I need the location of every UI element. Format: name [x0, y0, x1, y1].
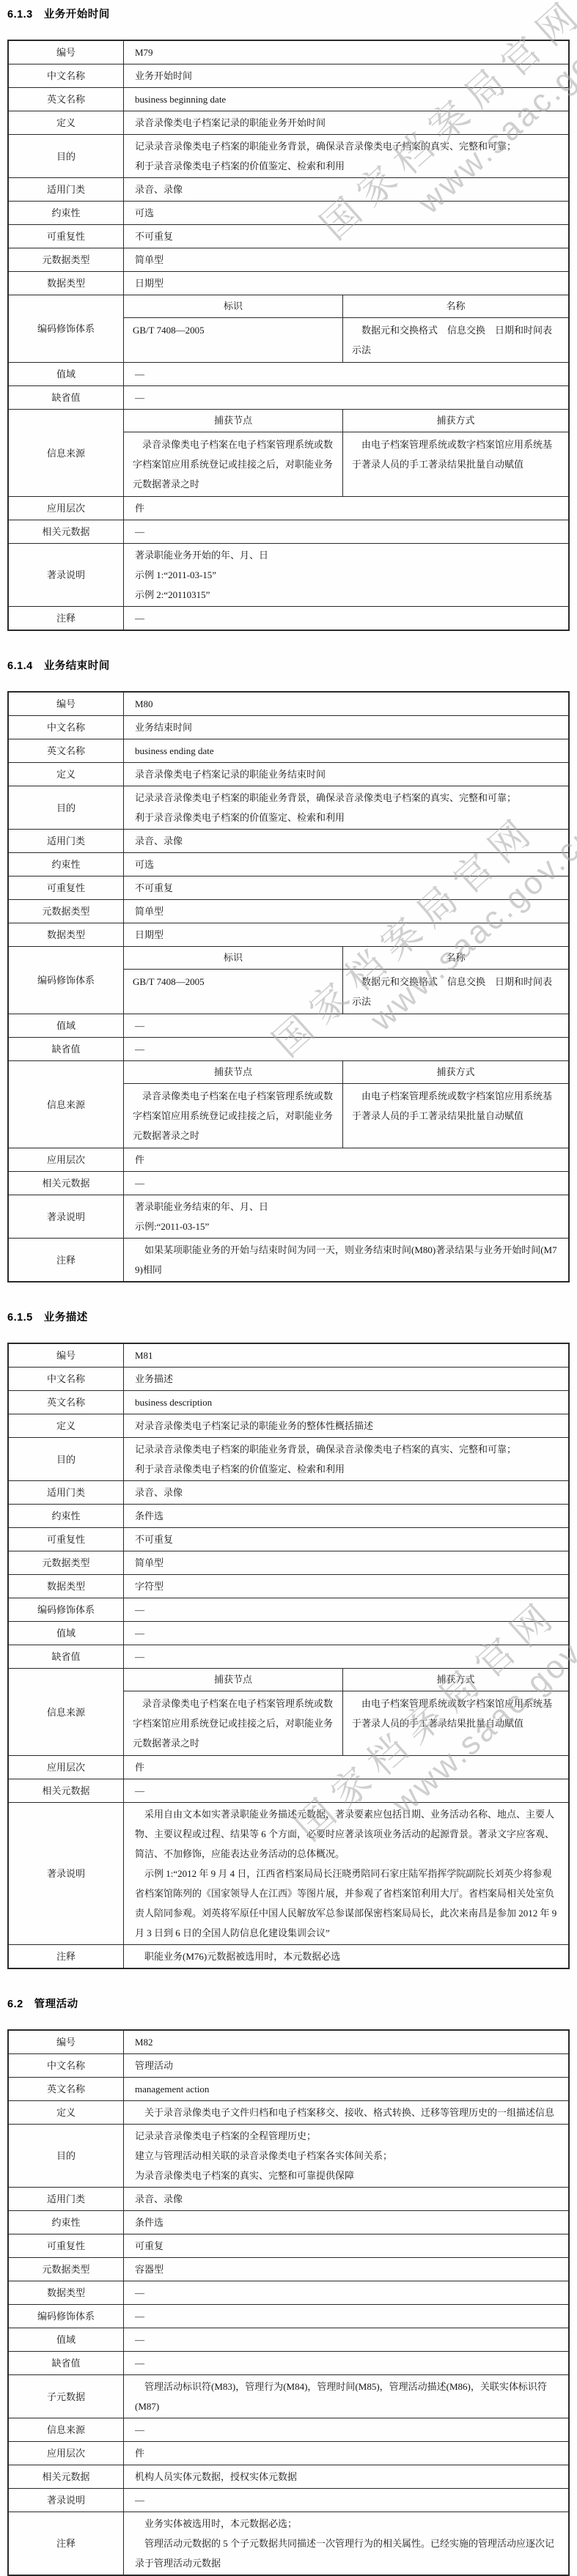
table-row: 目的记录录音录像类电子档案的职能业务背景，确保录音录像类电子档案的真实、完整和可… [8, 1438, 569, 1481]
table-row: 值域— [8, 2328, 569, 2352]
value-line: 业务开始时间 [135, 66, 558, 86]
value-line: 由电子档案管理系统或数字档案馆应用系统基于著录人员的手工著录结果批量自动赋值 [352, 435, 559, 474]
row-label: 著录说明 [8, 1195, 124, 1239]
row-label: 定义 [8, 1414, 124, 1438]
value-line: 日期型 [135, 273, 558, 293]
row-label: 著录说明 [8, 544, 124, 607]
table-row: 适用门类录音、录像 [8, 178, 569, 202]
value-line: 录音、录像 [135, 831, 558, 851]
row-value: — [124, 1172, 570, 1195]
row-value: 不可重复 [124, 1528, 570, 1551]
nested-header-cell: 捕获方式 [343, 1061, 568, 1084]
row-value: — [124, 1779, 570, 1803]
metadata-table: 编号M81中文名称业务描述英文名称business description定义对… [7, 1343, 570, 1969]
value-line: 简单型 [135, 1553, 558, 1573]
table-row: 数据类型— [8, 2281, 569, 2305]
value-line: 可选 [135, 203, 558, 223]
table-row: 编号M80 [8, 692, 569, 716]
row-value: 记录录音录像类电子档案的职能业务背景，确保录音录像类电子档案的真实、完整和可靠；… [124, 786, 570, 830]
table-row: 英文名称business description [8, 1391, 569, 1414]
table-row: 数据类型日期型 [8, 923, 569, 947]
row-value: 可选 [124, 202, 570, 225]
row-value: 录音、录像 [124, 2188, 570, 2211]
row-value: 业务结束时间 [124, 716, 570, 739]
value-line: M82 [135, 2032, 558, 2052]
row-label: 英文名称 [8, 2078, 124, 2101]
table-row: 缺省值— [8, 1038, 569, 1061]
row-label: 值域 [8, 1014, 124, 1038]
value-line: business description [135, 1392, 558, 1412]
row-label: 定义 [8, 2101, 124, 2125]
value-line: 由电子档案管理系统或数字档案馆应用系统基于著录人员的手工著录结果批量自动赋值 [352, 1694, 559, 1733]
row-value: 日期型 [124, 923, 570, 947]
row-value: — [124, 2305, 570, 2328]
row-value: 条件选 [124, 1505, 570, 1528]
section-number: 6.1.5 [7, 1312, 33, 1324]
row-label: 适用门类 [8, 830, 124, 853]
value-line: GB/T 7408—2005 [133, 972, 334, 992]
nested-body-cell: 由电子档案管理系统或数字档案馆应用系统基于著录人员的手工著录结果批量自动赋值 [343, 1084, 568, 1148]
value-line: 录音、录像 [135, 180, 558, 199]
table-row: 约束性可选 [8, 853, 569, 876]
nested-table: 标识名称GB/T 7408—2005 数据元和交换格式 信息交换 日期和时间表示… [124, 947, 568, 1014]
row-label: 英文名称 [8, 88, 124, 111]
nested-body-cell: 录音录像类电子档案在电子档案管理系统或数字档案馆应用系统登记或挂接之后，对职能业… [124, 1084, 343, 1148]
table-row: 目的记录录音录像类电子档案的职能业务背景，确保录音录像类电子档案的真实、完整和可… [8, 786, 569, 830]
row-value: — [124, 2281, 570, 2305]
row-value: — [124, 1014, 570, 1038]
row-value: — [124, 2489, 570, 2512]
value-line: — [135, 1647, 558, 1667]
value-line: 录音录像类电子档案在电子档案管理系统或数字档案馆应用系统登记或挂接之后，对职能业… [133, 1086, 334, 1145]
table-row: 中文名称业务结束时间 [8, 716, 569, 739]
table-row: 注释 如果某项职能业务的开始与结束时间为同一天，则业务结束时间(M80)著录结果… [8, 1239, 569, 1283]
table-row: 数据类型日期型 [8, 272, 569, 295]
row-value-subtable: 标识名称GB/T 7408—2005 数据元和交换格式 信息交换 日期和时间表示… [124, 947, 570, 1014]
value-line: 录音录像类电子档案记录的职能业务开始时间 [135, 113, 558, 133]
value-line: 关于录音录像类电子文件归档和电子档案移交、接收、格式转换、迁移等管理历史的一组描… [135, 2103, 558, 2122]
table-row: 适用门类录音、录像 [8, 1481, 569, 1505]
row-label: 相关元数据 [8, 520, 124, 544]
row-value: 业务开始时间 [124, 64, 570, 88]
row-label: 编号 [8, 692, 124, 716]
row-value: 不可重复 [124, 225, 570, 248]
value-line: M81 [135, 1346, 558, 1365]
row-label: 约束性 [8, 853, 124, 876]
row-label: 编码修饰体系 [8, 295, 124, 363]
row-label: 元数据类型 [8, 900, 124, 923]
row-label: 信息来源 [8, 1061, 124, 1148]
table-row: 元数据类型简单型 [8, 900, 569, 923]
nested-body-cell: GB/T 7408—2005 [124, 970, 343, 1014]
nested-table: 捕获节点捕获方式 录音录像类电子档案在电子档案管理系统或数字档案馆应用系统登记或… [124, 410, 568, 496]
row-label: 目的 [8, 2125, 124, 2188]
row-label: 中文名称 [8, 2054, 124, 2078]
row-label: 缺省值 [8, 386, 124, 410]
nested-body-cell: 录音录像类电子档案在电子档案管理系统或数字档案馆应用系统登记或挂接之后，对职能业… [124, 1691, 343, 1755]
value-line: 简单型 [135, 250, 558, 270]
table-row: 相关元数据— [8, 1172, 569, 1195]
row-value: 机构人员实体元数据，授权实体元数据 [124, 2465, 570, 2489]
value-line: — [135, 522, 558, 542]
row-label: 适用门类 [8, 178, 124, 202]
nested-body-cell: 由电子档案管理系统或数字档案馆应用系统基于著录人员的手工著录结果批量自动赋值 [343, 432, 568, 496]
table-row: 约束性条件选 [8, 1505, 569, 1528]
row-label: 定义 [8, 111, 124, 135]
value-line: 日期型 [135, 925, 558, 945]
row-value-subtable: 捕获节点捕获方式 录音录像类电子档案在电子档案管理系统或数字档案馆应用系统登记或… [124, 1669, 570, 1756]
row-label: 目的 [8, 1438, 124, 1481]
table-row: 可重复性可重复 [8, 2234, 569, 2258]
value-line: M79 [135, 43, 558, 62]
table-row: 元数据类型容器型 [8, 2258, 569, 2281]
section-number: 6.1.4 [7, 660, 33, 672]
value-line: — [135, 1016, 558, 1036]
row-label: 约束性 [8, 1505, 124, 1528]
row-label: 元数据类型 [8, 2258, 124, 2281]
row-label: 可重复性 [8, 2234, 124, 2258]
table-row: 约束性条件选 [8, 2211, 569, 2234]
row-label: 信息来源 [8, 2418, 124, 2442]
value-line: 业务实体被选用时，本元数据必选； [135, 2514, 558, 2533]
row-value: 如果某项职能业务的开始与结束时间为同一天，则业务结束时间(M80)著录结果与业务… [124, 1239, 570, 1283]
value-line: — [135, 2490, 558, 2510]
row-value: 简单型 [124, 900, 570, 923]
row-label: 数据类型 [8, 272, 124, 295]
row-value: — [124, 1598, 570, 1622]
table-row: 数据类型字符型 [8, 1575, 569, 1598]
row-label: 英文名称 [8, 739, 124, 763]
row-label: 信息来源 [8, 410, 124, 497]
nested-header-cell: 标识 [124, 947, 343, 970]
row-label: 目的 [8, 135, 124, 178]
table-row: 信息来源捕获节点捕获方式 录音录像类电子档案在电子档案管理系统或数字档案馆应用系… [8, 1669, 569, 1756]
value-line: 录音、录像 [135, 1483, 558, 1502]
row-value: 记录录音录像类电子档案的全程管理历史；建立与管理活动相关联的录音录像类电子档案各… [124, 2125, 570, 2188]
row-value: 简单型 [124, 248, 570, 272]
row-label: 应用层次 [8, 2442, 124, 2465]
table-row: 元数据类型简单型 [8, 1551, 569, 1575]
table-row: 适用门类录音、录像 [8, 830, 569, 853]
section-title: 业务描述 [44, 1312, 88, 1324]
row-label: 相关元数据 [8, 2465, 124, 2489]
nested-header-cell: 捕获节点 [124, 1061, 343, 1084]
row-value: 录音录像类电子档案记录的职能业务开始时间 [124, 111, 570, 135]
value-line: 管理活动 [135, 2056, 558, 2075]
value-line: 对录音录像类电子档案记录的职能业务的整体性概括描述 [135, 1416, 558, 1436]
value-line: — [135, 1781, 558, 1801]
value-line: — [135, 1600, 558, 1620]
value-line: 记录录音录像类电子档案的职能业务背景，确保录音录像类电子档案的真实、完整和可靠； [135, 136, 558, 156]
table-row: 可重复性不可重复 [8, 1528, 569, 1551]
row-label: 目的 [8, 786, 124, 830]
value-line: business beginning date [135, 89, 558, 109]
row-label: 编号 [8, 40, 124, 64]
row-label: 数据类型 [8, 1575, 124, 1598]
table-row: 编码修饰体系— [8, 1598, 569, 1622]
row-value: 可选 [124, 853, 570, 876]
section-title: 业务结束时间 [44, 660, 110, 672]
nested-body-cell: 录音录像类电子档案在电子档案管理系统或数字档案馆应用系统登记或挂接之后，对职能业… [124, 432, 343, 496]
value-line: M80 [135, 694, 558, 714]
table-row: 英文名称business ending date [8, 739, 569, 763]
row-value: 件 [124, 2442, 570, 2465]
row-label: 注释 [8, 2512, 124, 2576]
table-row: 英文名称business beginning date [8, 88, 569, 111]
value-line: 件 [135, 1150, 558, 1170]
row-value: 采用自由文本如实著录职能业务描述元数据，著录要素应包括日期、业务活动名称、地点、… [124, 1803, 570, 1945]
row-value: 件 [124, 1756, 570, 1779]
row-value: — [124, 2352, 570, 2375]
table-row: 应用层次件 [8, 1148, 569, 1172]
value-line: 示例 2:“20110315” [135, 585, 558, 605]
value-line: 业务描述 [135, 1369, 558, 1389]
value-line: 由电子档案管理系统或数字档案馆应用系统基于著录人员的手工著录结果批量自动赋值 [352, 1086, 559, 1126]
section-heading: 6.2管理活动 [0, 1969, 577, 2011]
value-line: 示例 1:“2012 年 9 月 4 日，江西省档案局局长汪晓勇陪同石家庄陆军指… [135, 1864, 558, 1943]
table-row: 子元数据 管理活动标识符(M83)，管理行为(M84)，管理时间(M85)，管理… [8, 2375, 569, 2418]
value-line: 示例:“2011-03-15” [135, 1217, 558, 1236]
row-label: 应用层次 [8, 497, 124, 520]
row-label: 缺省值 [8, 2352, 124, 2375]
row-value: — [124, 2418, 570, 2442]
table-row: 缺省值— [8, 2352, 569, 2375]
nested-header-cell: 捕获节点 [124, 410, 343, 432]
value-line: — [135, 1039, 558, 1059]
section-title: 管理活动 [34, 1999, 78, 2010]
value-line: 件 [135, 1757, 558, 1777]
table-row: 中文名称业务开始时间 [8, 64, 569, 88]
nested-header-cell: 捕获方式 [343, 410, 568, 432]
table-row: 相关元数据— [8, 520, 569, 544]
row-label: 编号 [8, 1343, 124, 1368]
row-value: 录音、录像 [124, 830, 570, 853]
row-value: — [124, 1645, 570, 1669]
table-row: 定义录音录像类电子档案记录的职能业务结束时间 [8, 763, 569, 786]
row-value: 简单型 [124, 1551, 570, 1575]
row-value: M80 [124, 692, 570, 716]
section-heading: 6.1.3业务开始时间 [0, 0, 577, 21]
row-label: 著录说明 [8, 1803, 124, 1945]
nested-header-cell: 名称 [343, 295, 568, 318]
value-line: 著录职能业务结束的年、月、日 [135, 1197, 558, 1217]
row-label: 相关元数据 [8, 1779, 124, 1803]
row-label: 中文名称 [8, 1368, 124, 1391]
row-value: 记录录音录像类电子档案的职能业务背景，确保录音录像类电子档案的真实、完整和可靠；… [124, 135, 570, 178]
value-line: 简单型 [135, 901, 558, 921]
section-number: 6.1.3 [7, 9, 33, 21]
row-value: 可重复 [124, 2234, 570, 2258]
nested-header-cell: 标识 [124, 295, 343, 318]
nested-body-cell: 数据元和交换格式 信息交换 日期和时间表示法 [343, 970, 568, 1014]
row-value: business ending date [124, 739, 570, 763]
row-value: 日期型 [124, 272, 570, 295]
row-value: 著录职能业务结束的年、月、日示例:“2011-03-15” [124, 1195, 570, 1239]
row-value: 职能业务(M76)元数据被选用时，本元数据必选 [124, 1945, 570, 1969]
table-row: 信息来源— [8, 2418, 569, 2442]
value-line: 为录音录像类电子档案的真实、完整和可靠提供保障 [135, 2166, 558, 2185]
table-row: 相关元数据— [8, 1779, 569, 1803]
value-line: GB/T 7408—2005 [133, 320, 334, 340]
row-value: M81 [124, 1343, 570, 1368]
table-row: 应用层次件 [8, 497, 569, 520]
row-value: — [124, 386, 570, 410]
table-row: 可重复性不可重复 [8, 225, 569, 248]
row-value: management action [124, 2078, 570, 2101]
nested-body-cell: 由电子档案管理系统或数字档案馆应用系统基于著录人员的手工著录结果批量自动赋值 [343, 1691, 568, 1755]
value-line: 录音录像类电子档案在电子档案管理系统或数字档案馆应用系统登记或挂接之后，对职能业… [133, 1694, 334, 1753]
nested-header-cell: 捕获方式 [343, 1669, 568, 1691]
row-label: 编号 [8, 2030, 124, 2054]
metadata-table: 编号M80中文名称业务结束时间英文名称business ending date定… [7, 691, 570, 1283]
row-value: M79 [124, 40, 570, 64]
value-line: 录音录像类电子档案记录的职能业务结束时间 [135, 764, 558, 784]
row-value: — [124, 520, 570, 544]
value-line: 件 [135, 2443, 558, 2463]
value-line: 不可重复 [135, 226, 558, 246]
row-label: 约束性 [8, 202, 124, 225]
section-heading: 6.1.5业务描述 [0, 1283, 577, 1324]
value-line: 管理活动元数据的 5 个子元数据共同描述一次管理行为的相关属性。已经实施的管理活… [135, 2533, 558, 2573]
value-line: 示例 1:“2011-03-15” [135, 565, 558, 585]
row-value: 管理活动标识符(M83)，管理行为(M84)，管理时间(M85)，管理活动描述(… [124, 2375, 570, 2418]
row-value: 关于录音录像类电子文件归档和电子档案移交、接收、格式转换、迁移等管理历史的一组描… [124, 2101, 570, 2125]
nested-table: 标识名称GB/T 7408—2005 数据元和交换格式 信息交换 日期和时间表示… [124, 295, 568, 362]
value-line: 字符型 [135, 1576, 558, 1596]
row-value: 件 [124, 497, 570, 520]
table-row: 应用层次件 [8, 1756, 569, 1779]
table-row: 著录说明 采用自由文本如实著录职能业务描述元数据，著录要素应包括日期、业务活动名… [8, 1803, 569, 1945]
row-label: 元数据类型 [8, 1551, 124, 1575]
value-line: — [135, 388, 558, 407]
section-heading: 6.1.4业务结束时间 [0, 631, 577, 673]
row-label: 子元数据 [8, 2375, 124, 2418]
document-page: 6.1.3业务开始时间编号M79中文名称业务开始时间英文名称business b… [0, 0, 577, 2576]
nested-header-cell: 名称 [343, 947, 568, 970]
value-line: 件 [135, 498, 558, 518]
value-line: 录音录像类电子档案在电子档案管理系统或数字档案馆应用系统登记或挂接之后，对职能业… [133, 435, 334, 494]
value-line: 录音、录像 [135, 2189, 558, 2209]
row-value: 容器型 [124, 2258, 570, 2281]
row-value: — [124, 1622, 570, 1645]
row-value: 对录音录像类电子档案记录的职能业务的整体性概括描述 [124, 1414, 570, 1438]
row-label: 缺省值 [8, 1645, 124, 1669]
table-row: 编号M79 [8, 40, 569, 64]
row-label: 值域 [8, 2328, 124, 2352]
value-line: 不可重复 [135, 1529, 558, 1549]
table-row: 著录说明— [8, 2489, 569, 2512]
row-value: — [124, 2328, 570, 2352]
row-value: 业务描述 [124, 1368, 570, 1391]
table-row: 编码修饰体系标识名称GB/T 7408—2005 数据元和交换格式 信息交换 日… [8, 295, 569, 363]
row-value: — [124, 363, 570, 386]
row-label: 数据类型 [8, 923, 124, 947]
table-row: 信息来源捕获节点捕获方式 录音录像类电子档案在电子档案管理系统或数字档案馆应用系… [8, 410, 569, 497]
table-row: 目的记录录音录像类电子档案的职能业务背景，确保录音录像类电子档案的真实、完整和可… [8, 135, 569, 178]
value-line: 可重复 [135, 2236, 558, 2256]
row-value-subtable: 标识名称GB/T 7408—2005 数据元和交换格式 信息交换 日期和时间表示… [124, 295, 570, 363]
value-line: 著录职能业务开始的年、月、日 [135, 545, 558, 565]
row-label: 应用层次 [8, 1148, 124, 1172]
table-row: 可重复性不可重复 [8, 876, 569, 900]
row-label: 约束性 [8, 2211, 124, 2234]
value-line: 管理活动标识符(M83)，管理行为(M84)，管理时间(M85)，管理活动描述(… [135, 2377, 558, 2416]
value-line: 建立与管理活动相关联的录音录像类电子档案各实体间关系； [135, 2146, 558, 2166]
table-row: 注释— [8, 607, 569, 631]
table-row: 英文名称management action [8, 2078, 569, 2101]
row-label: 编码修饰体系 [8, 1598, 124, 1622]
row-label: 相关元数据 [8, 1172, 124, 1195]
row-value: 著录职能业务开始的年、月、日示例 1:“2011-03-15”示例 2:“201… [124, 544, 570, 607]
row-label: 编码修饰体系 [8, 947, 124, 1014]
value-line: 不可重复 [135, 878, 558, 898]
row-value: 录音录像类电子档案记录的职能业务结束时间 [124, 763, 570, 786]
row-label: 注释 [8, 1239, 124, 1283]
table-row: 注释 业务实体被选用时，本元数据必选； 管理活动元数据的 5 个子元数据共同描述… [8, 2512, 569, 2576]
table-row: 编码修饰体系标识名称GB/T 7408—2005 数据元和交换格式 信息交换 日… [8, 947, 569, 1014]
value-line: business ending date [135, 741, 558, 761]
table-row: 缺省值— [8, 1645, 569, 1669]
nested-header-cell: 捕获节点 [124, 1669, 343, 1691]
value-line: 数据元和交换格式 信息交换 日期和时间表示法 [352, 972, 559, 1011]
table-row: 信息来源捕获节点捕获方式 录音录像类电子档案在电子档案管理系统或数字档案馆应用系… [8, 1061, 569, 1148]
table-row: 编号M82 [8, 2030, 569, 2054]
value-line: 采用自由文本如实著录职能业务描述元数据，著录要素应包括日期、业务活动名称、地点、… [135, 1804, 558, 1864]
row-label: 适用门类 [8, 2188, 124, 2211]
row-value: 录音、录像 [124, 1481, 570, 1505]
section-title: 业务开始时间 [44, 9, 110, 21]
table-row: 约束性可选 [8, 202, 569, 225]
row-value: — [124, 1038, 570, 1061]
value-line: management action [135, 2079, 558, 2099]
row-label: 英文名称 [8, 1391, 124, 1414]
metadata-table: 编号M79中文名称业务开始时间英文名称business beginning da… [7, 40, 570, 631]
row-value: 业务实体被选用时，本元数据必选； 管理活动元数据的 5 个子元数据共同描述一次管… [124, 2512, 570, 2576]
table-row: 编码修饰体系— [8, 2305, 569, 2328]
value-line: — [135, 2283, 558, 2303]
row-label: 信息来源 [8, 1669, 124, 1756]
row-value: 录音、录像 [124, 178, 570, 202]
value-line: 记录录音录像类电子档案的职能业务背景，确保录音录像类电子档案的真实、完整和可靠； [135, 788, 558, 808]
row-value: — [124, 607, 570, 631]
row-label: 数据类型 [8, 2281, 124, 2305]
table-row: 缺省值— [8, 386, 569, 410]
row-label: 可重复性 [8, 225, 124, 248]
row-label: 值域 [8, 363, 124, 386]
table-row: 中文名称业务描述 [8, 1368, 569, 1391]
value-line: — [135, 1623, 558, 1643]
value-line: — [135, 608, 558, 628]
row-label: 注释 [8, 607, 124, 631]
value-line: 记录录音录像类电子档案的职能业务背景，确保录音录像类电子档案的真实、完整和可靠； [135, 1439, 558, 1459]
table-row: 定义 关于录音录像类电子文件归档和电子档案移交、接收、格式转换、迁移等管理历史的… [8, 2101, 569, 2125]
row-label: 著录说明 [8, 2489, 124, 2512]
value-line: — [135, 2353, 558, 2373]
row-value: 条件选 [124, 2211, 570, 2234]
value-line: 数据元和交换格式 信息交换 日期和时间表示法 [352, 320, 559, 360]
value-line: 利于录音录像类电子档案的价值鉴定、检索和利用 [135, 808, 558, 827]
table-row: 注释 职能业务(M76)元数据被选用时，本元数据必选 [8, 1945, 569, 1969]
row-value: business description [124, 1391, 570, 1414]
value-line: — [135, 2420, 558, 2440]
table-row: 相关元数据机构人员实体元数据，授权实体元数据 [8, 2465, 569, 2489]
nested-table: 捕获节点捕获方式 录音录像类电子档案在电子档案管理系统或数字档案馆应用系统登记或… [124, 1061, 568, 1148]
value-line: 职能业务(M76)元数据被选用时，本元数据必选 [135, 1946, 558, 1966]
row-label: 应用层次 [8, 1756, 124, 1779]
row-label: 中文名称 [8, 64, 124, 88]
table-row: 适用门类录音、录像 [8, 2188, 569, 2211]
row-label: 适用门类 [8, 1481, 124, 1505]
